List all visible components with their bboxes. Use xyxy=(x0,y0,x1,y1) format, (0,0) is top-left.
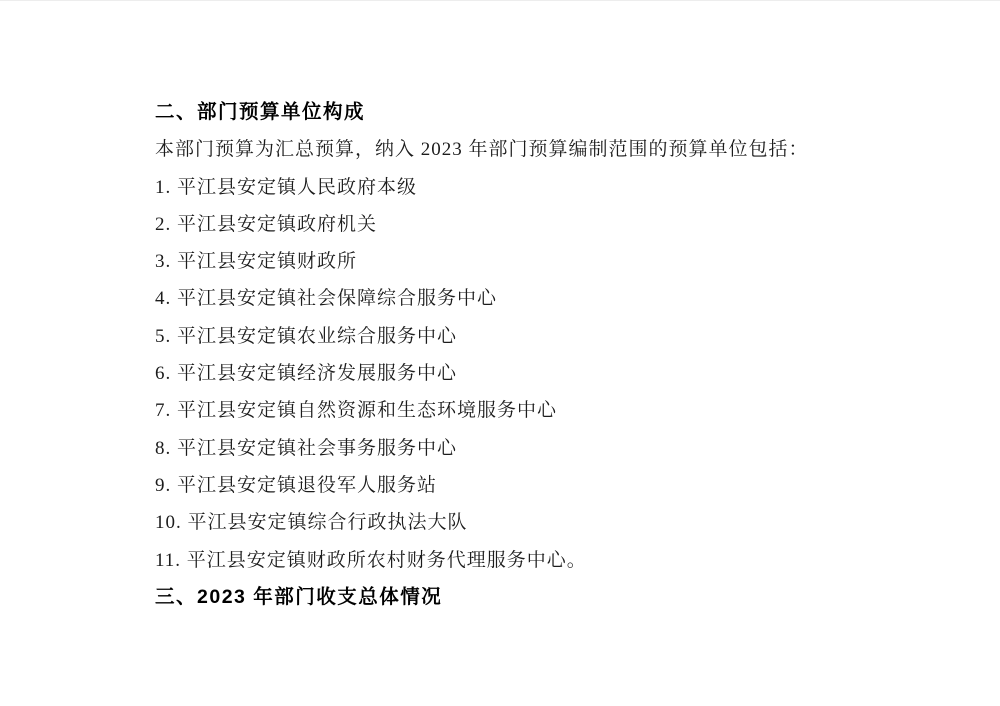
budget-unit-list: 1. 平江县安定镇人民政府本级2. 平江县安定镇政府机关3. 平江县安定镇财政所… xyxy=(155,169,895,579)
list-item: 3. 平江县安定镇财政所 xyxy=(155,243,895,280)
section-heading-budget-unit-composition: 二、部门预算单位构成 xyxy=(155,94,895,131)
list-item: 11. 平江县安定镇财政所农村财务代理服务中心。 xyxy=(155,542,895,579)
list-item: 5. 平江县安定镇农业综合服务中心 xyxy=(155,318,895,355)
intro-paragraph: 本部门预算为汇总预算，纳入 2023 年部门预算编制范围的预算单位包括： xyxy=(155,131,895,168)
list-item: 6. 平江县安定镇经济发展服务中心 xyxy=(155,355,895,392)
document-page: 二、部门预算单位构成 本部门预算为汇总预算，纳入 2023 年部门预算编制范围的… xyxy=(0,0,1000,706)
list-item: 8. 平江县安定镇社会事务服务中心 xyxy=(155,430,895,467)
list-item: 4. 平江县安定镇社会保障综合服务中心 xyxy=(155,280,895,317)
section-heading-revenue-expenditure-overview: 三、2023 年部门收支总体情况 xyxy=(155,579,895,616)
list-item: 2. 平江县安定镇政府机关 xyxy=(155,206,895,243)
list-item: 9. 平江县安定镇退役军人服务站 xyxy=(155,467,895,504)
list-item: 10. 平江县安定镇综合行政执法大队 xyxy=(155,504,895,541)
document-content: 二、部门预算单位构成 本部门预算为汇总预算，纳入 2023 年部门预算编制范围的… xyxy=(155,94,895,616)
list-item: 1. 平江县安定镇人民政府本级 xyxy=(155,169,895,206)
list-item: 7. 平江县安定镇自然资源和生态环境服务中心 xyxy=(155,392,895,429)
